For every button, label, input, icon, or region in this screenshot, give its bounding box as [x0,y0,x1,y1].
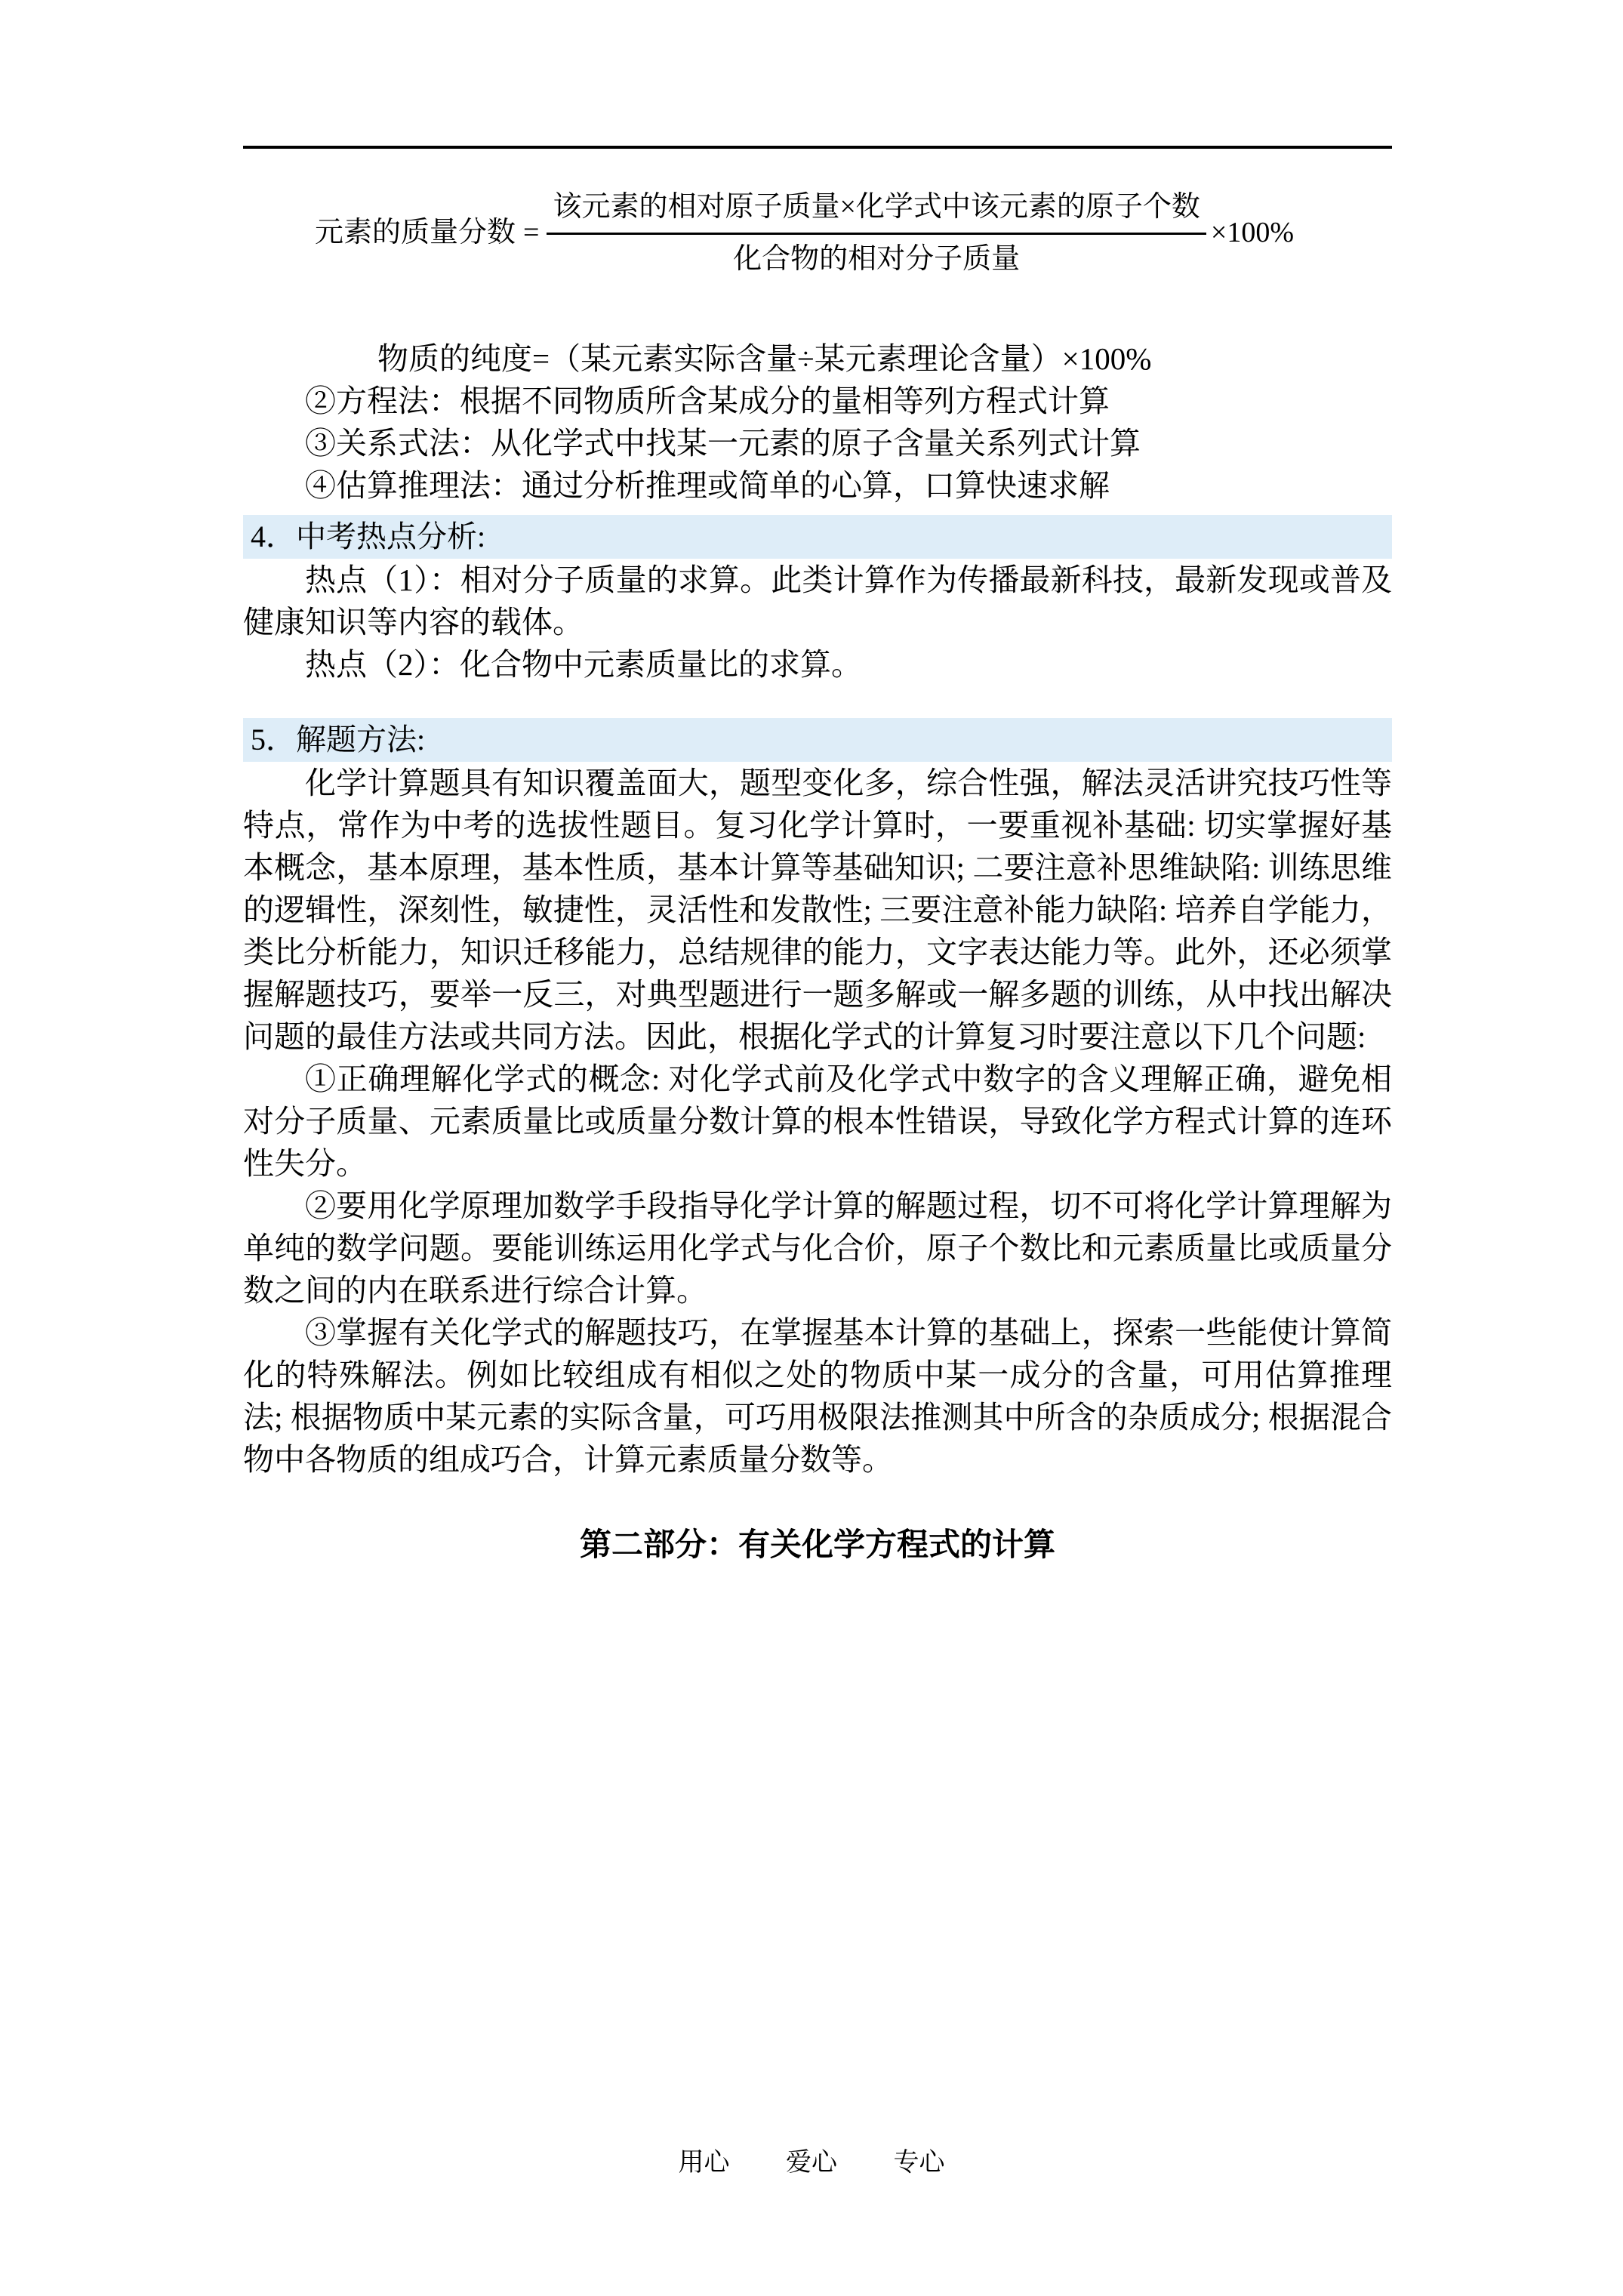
formula-times-100: ×100% [1211,215,1294,251]
formula-numerator: 该元素的相对原子质量×化学式中该元素的原子个数 [547,190,1206,235]
footer-word-3: 专心 [894,2149,945,2177]
section-heading-exam-hotspots: 4．中考热点分析: [243,515,1392,559]
footer-word-1: 用心 [679,2149,730,2177]
purity-formula-line: 物质的纯度=（某元素实际含量÷某元素理论含量）×100% [243,337,1392,380]
header-rule [243,146,1392,149]
footer-word-2: 爱心 [786,2149,837,2177]
solving-point-3: ③掌握有关化学式的解题技巧，在掌握基本计算的基础上，探索一些能使计算简化的特殊解… [243,1311,1392,1481]
formula-fraction: 该元素的相对原子质量×化学式中该元素的原子个数 化合物的相对分子质量 [547,190,1206,277]
formula-lhs: 元素的质量分数 [315,215,516,251]
solving-methods-intro-paragraph: 化学计算题具有知识覆盖面大，题型变化多，综合性强，解法灵活讲究技巧性等特点，常作… [243,762,1392,1058]
hotspot-2-paragraph: 热点（2）：化合物中元素质量比的求算。 [243,643,1392,686]
solving-point-2: ②要用化学原理加数学手段指导化学计算的解题过程，切不可将化学计算理解为单纯的数学… [243,1185,1392,1311]
part2-title: 第二部分：有关化学方程式的计算 [243,1524,1392,1567]
mass-fraction-formula: 元素的质量分数 = 该元素的相对原子质量×化学式中该元素的原子个数 化合物的相对… [315,190,1392,277]
document-content: 元素的质量分数 = 该元素的相对原子质量×化学式中该元素的原子个数 化合物的相对… [243,0,1392,1567]
document-page: 元素的质量分数 = 该元素的相对原子质量×化学式中该元素的原子个数 化合物的相对… [0,0,1623,2296]
formula-equals-sign: = [523,215,539,251]
method-estimation: ④估算推理法：通过分析推理或简单的心算，口算快速求解 [243,464,1392,507]
page-footer: 用心 爱心 专心 [0,2141,1623,2178]
hotspot-1-paragraph: 热点（1）：相对分子质量的求算。此类计算作为传播最新科技，最新发现或普及健康知识… [243,559,1392,643]
formula-denominator: 化合物的相对分子质量 [733,235,1020,278]
method-equation: ②方程法：根据不同物质所含某成分的量相等列方程式计算 [243,380,1392,422]
solving-point-1: ①正确理解化学式的概念: 对化学式前及化学式中数字的含义理解正确，避免相对分子质… [243,1058,1392,1185]
method-relation: ③关系式法：从化学式中找某一元素的原子含量关系列式计算 [243,422,1392,464]
section-heading-solving-methods: 5．解题方法: [243,718,1392,762]
